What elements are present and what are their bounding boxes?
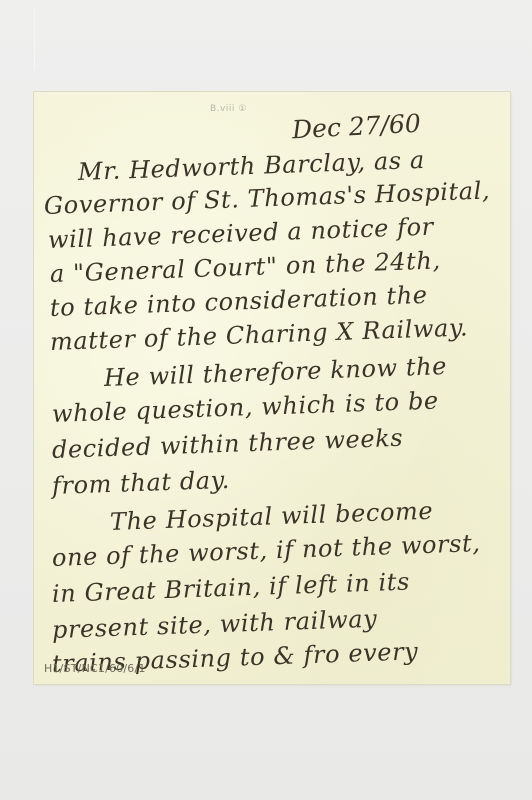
letter-line: decided within three weeks (52, 424, 404, 464)
letter-date: Dec 27/60 (291, 109, 421, 145)
folio-mark: B.viii ① (210, 104, 247, 114)
letter-line: from that day. (52, 466, 231, 500)
letter-line: He will therefore know the (104, 352, 448, 392)
letter-line: whole question, which is to be (52, 387, 440, 428)
letter-sheet: B.viii ① Dec 27/60 Mr. Hedworth Barclay,… (34, 92, 510, 684)
letter-line: present site, with railway (52, 605, 378, 644)
mount-edge (0, 10, 35, 70)
letter-line: The Hospital will become (110, 497, 434, 536)
archive-reference-number: H1/ST/NC1/60/6/1 (44, 662, 146, 675)
letter-line: in Great Britain, if left in its (52, 568, 411, 608)
